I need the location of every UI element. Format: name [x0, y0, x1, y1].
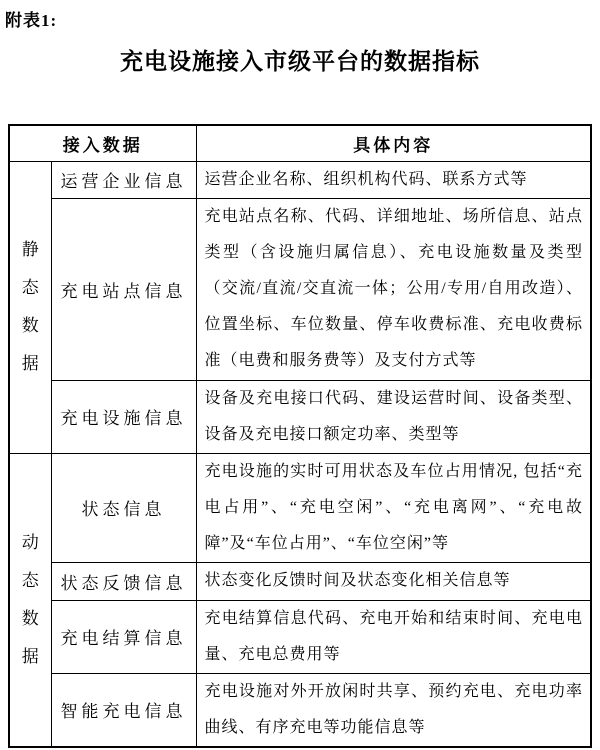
table-header-row: 接入数据 具体内容	[9, 125, 591, 161]
appendix-label: 附表1:	[5, 6, 57, 31]
table-row: 充电站点信息 充电站点名称、代码、详细地址、场所信息、站点类型（含设施归属信息）…	[9, 198, 591, 380]
row-name-station-info: 充电站点信息	[51, 198, 196, 380]
table-row: 动态数据 状态信息 充电设施的实时可用状态及车位占用情况, 包括“充电占用”、“…	[9, 453, 591, 562]
row-name-smart-charging-info: 智能充电信息	[51, 673, 196, 747]
table-row: 充电结算信息 充电结算信息代码、充电开始和结束时间、充电电量、充电总费用等	[9, 600, 591, 673]
category-label-static: 静态数据	[20, 231, 40, 383]
row-name-facility-info: 充电设施信息	[51, 380, 196, 453]
row-content-status-feedback-info: 状态变化反馈时间及状态变化相关信息等	[196, 562, 591, 600]
table-row: 智能充电信息 充电设施对外开放闲时共享、预约充电、充电功率曲线、有序充电等功能信…	[9, 673, 591, 747]
row-name-status-info: 状态信息	[51, 453, 196, 562]
table-row: 静态数据 运营企业信息 运营企业名称、组织机构代码、联系方式等	[9, 161, 591, 198]
row-content-status-info: 充电设施的实时可用状态及车位占用情况, 包括“充电占用”、“充电空闲”、“充电离…	[196, 453, 591, 562]
category-cell-static-data: 静态数据	[9, 161, 51, 453]
row-content-station-info: 充电站点名称、代码、详细地址、场所信息、站点类型（含设施归属信息）、充电设施数量…	[196, 198, 591, 380]
table-row: 充电设施信息 设备及充电接口代码、建设运营时间、设备类型、设备及充电接口额定功率…	[9, 380, 591, 453]
table-row: 状态反馈信息 状态变化反馈时间及状态变化相关信息等	[9, 562, 591, 600]
row-content-smart-charging-info: 充电设施对外开放闲时共享、预约充电、充电功率曲线、有序充电等功能信息等	[196, 673, 591, 747]
row-name-operator-info: 运营企业信息	[51, 161, 196, 198]
page-title: 充电设施接入市级平台的数据指标	[0, 43, 600, 76]
category-cell-dynamic-data: 动态数据	[9, 453, 51, 747]
row-content-settlement-info: 充电结算信息代码、充电开始和结束时间、充电电量、充电总费用等	[196, 600, 591, 673]
row-name-status-feedback-info: 状态反馈信息	[51, 562, 196, 600]
row-content-facility-info: 设备及充电接口代码、建设运营时间、设备类型、设备及充电接口额定功率、类型等	[196, 380, 591, 453]
row-content-operator-info: 运营企业名称、组织机构代码、联系方式等	[196, 161, 591, 198]
category-label-dynamic: 动态数据	[20, 524, 40, 676]
col-header-content: 具体内容	[196, 125, 591, 161]
data-indicators-table: 接入数据 具体内容 静态数据 运营企业信息 运营企业名称、组织机构代码、联系方式…	[8, 124, 592, 748]
document-page: 附表1: 充电设施接入市级平台的数据指标 接入数据 具体内容 静态数据 运营企业…	[0, 0, 600, 750]
col-header-access-data: 接入数据	[9, 125, 196, 161]
row-name-settlement-info: 充电结算信息	[51, 600, 196, 673]
